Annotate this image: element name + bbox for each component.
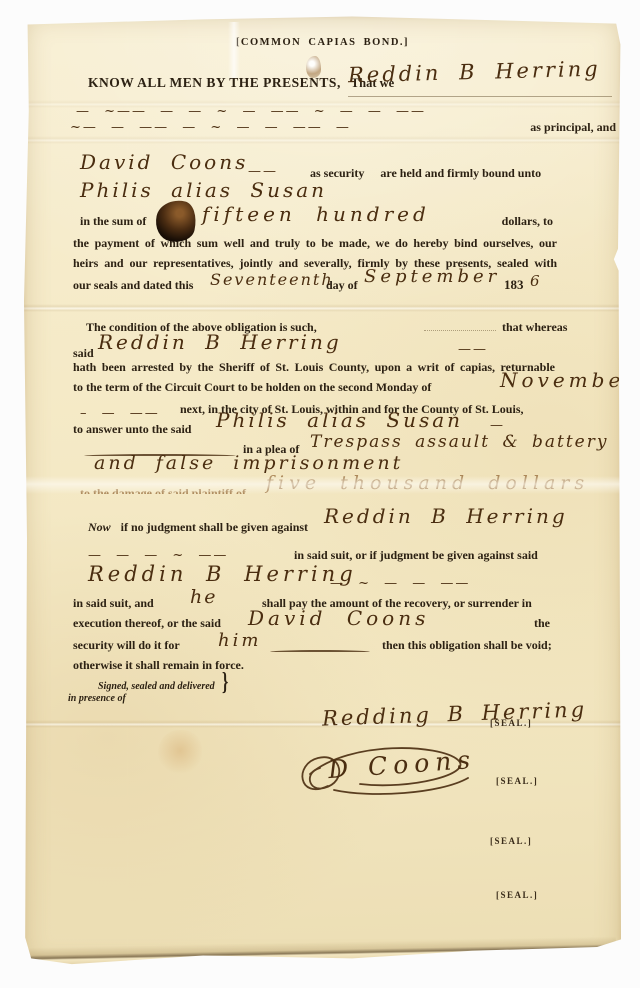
in-presence-text: in presence of [68, 692, 126, 706]
answer-unto-text: to answer unto the said [73, 422, 191, 436]
that-whereas-text: that whereas [502, 320, 567, 334]
paper-scratch-streak [228, 22, 240, 78]
payment-clause-text: the payment of which sum well and truly … [73, 236, 557, 250]
execution-text: execution thereof, or the said [73, 616, 221, 630]
void-clause-text: then this obligation shall be void; [382, 638, 552, 652]
seal-label: [SEAL.] [490, 718, 532, 728]
security-name-second-handwritten: David Coons [248, 606, 429, 630]
fold-crease [24, 304, 621, 312]
fold-damage-band [24, 476, 621, 494]
scanned-document-page: { "colors":{"paper":"#f5ebc9","print_ink… [0, 0, 640, 988]
principal-dash-line: ~— — —— — ~ — — —— — as principal, and [70, 120, 616, 135]
plea-second-handwritten: and false imprisonment [94, 452, 403, 474]
judgment-name-first-handwritten: Reddin B Herring [324, 504, 568, 528]
handwritten-dash-row: – — —— [80, 406, 172, 421]
fold-crease [24, 136, 621, 144]
principal-name-handwritten: Reddin B Herring [348, 57, 601, 88]
printed-rule-line [424, 330, 496, 331]
seal-label: [SEAL.] [490, 836, 532, 846]
term-month-handwritten: November [500, 368, 638, 392]
handwritten-dash: — [490, 418, 505, 433]
handwritten-dash-row: — ~ — — —— [330, 576, 556, 591]
he-handwritten: he [190, 586, 217, 608]
day-handwritten: Seventeenth [210, 270, 334, 289]
in-suit-and-text: in said suit, and [73, 596, 154, 610]
term-clause-text: to the term of the Circuit Court to be h… [73, 380, 431, 394]
plaintiff-name-handwritten: Philis alias Susan [216, 408, 463, 432]
paper-stain [158, 730, 202, 776]
form-title-tag: [COMMON CAPIAS BOND.] [24, 36, 621, 50]
bottom-fold-edge [28, 936, 616, 969]
said-text: said [73, 346, 94, 360]
him-handwritten: him [218, 630, 261, 651]
year-digit-handwritten: 6 [530, 272, 540, 290]
security-will-text: security will do it for [73, 638, 180, 652]
arrest-clause-text: hath been arrested by the Sheriff of St.… [73, 360, 555, 374]
now-word-text: Now [88, 520, 111, 534]
handwritten-dash: —— [458, 342, 488, 357]
document-paper: [COMMON CAPIAS BOND.] KNOW ALL MEN BY TH… [24, 16, 621, 966]
force-clause-text: otherwise it shall remain in force. [73, 658, 244, 672]
defendant-name-handwritten: Reddin B Herring [98, 330, 342, 354]
wax-blemish [306, 56, 321, 78]
dated-this-text: our seals and dated this [73, 278, 193, 292]
sum-amount-handwritten: fifteen hundred [202, 202, 430, 226]
judgment-name-second-handwritten: Reddin B Herring [88, 562, 357, 586]
bound-unto-text: are held and firmly bound unto [380, 166, 541, 180]
no-judgment-text: if no judgment shall be given against [121, 520, 308, 534]
witness-brace: } [222, 672, 228, 694]
plea-first-handwritten: Trespass assault & battery [310, 432, 608, 452]
seal-label: [SEAL.] [496, 890, 538, 900]
handwritten-dash-row: ~— — —— — ~ — — —— — [70, 120, 520, 135]
now-judgment-line: Now if no judgment shall be given agains… [88, 518, 308, 536]
security-name-handwritten: David Coons [80, 150, 248, 174]
dollars-to-text: dollars, to [502, 214, 553, 228]
day-of-text: day of [326, 278, 358, 292]
in-sum-of-text: in the sum of [80, 214, 146, 228]
printed-rule-line [348, 96, 612, 97]
month-handwritten: September [364, 266, 500, 287]
obligee-name-handwritten: Philis alias Susan [80, 178, 327, 202]
or-if-judgment-text: in said suit, or if judgment be given ag… [294, 548, 538, 562]
handwritten-dash: —— [248, 164, 278, 179]
the-word-text: the [534, 616, 550, 630]
know-all-men-text: KNOW ALL MEN BY THE PRESENTS, [88, 75, 341, 90]
handwritten-dash-row: — — — ~ —— [88, 548, 288, 563]
handwritten-dash-row: — ~—— — — ~ — —— ~ — — —— [76, 104, 616, 119]
as-principal-text: as principal, and [530, 120, 616, 134]
security-clause-line: as security are held and firmly bound un… [310, 164, 541, 182]
handwritten-stroke-line [270, 650, 370, 652]
year-printed-text: 183 [504, 278, 524, 292]
seal-label: [SEAL.] [496, 776, 538, 786]
